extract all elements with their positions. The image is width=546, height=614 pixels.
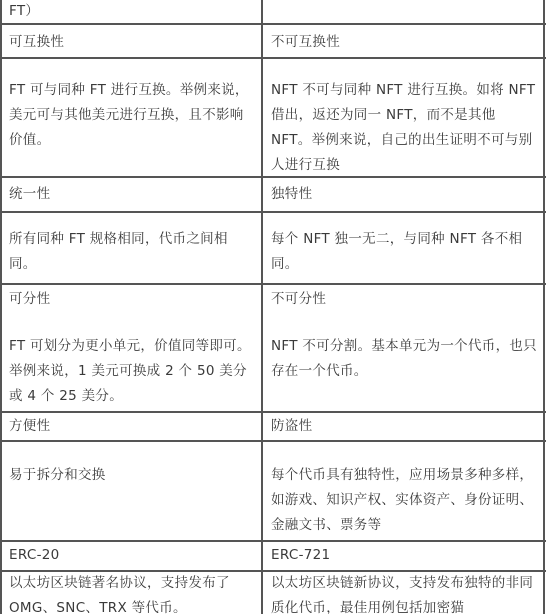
table-cell-header: ERC-721 [265,543,544,568]
table-cell-header: 独特性 [265,182,544,207]
table-cell: NFT 不可分割。基本单元为一个代币，也只存在一个代币。 [265,334,544,384]
table-border-left [0,0,2,614]
table-cell: 每个 NFT 独一无二，与同种 NFT 各不相同。 [265,227,544,277]
table-cell: 以太坊区块链著名协议，支持发布了 OMG、SNC、TRX 等代币。 [3,571,261,614]
table-cell: FT 可划分为更小单元，价值同等即可。举例来说，1 美元可换成 2 个 50 美… [3,334,261,409]
row-divider [0,57,546,59]
table-cell-header: 不可互换性 [265,30,544,55]
table-cell-header: 可互换性 [3,30,261,55]
table-cell: FT） [3,0,261,24]
table-cell-header: 防盗性 [265,414,544,439]
table-cell: 每个代币具有独特性，应用场景多种多样，如游戏、知识产权、实体资产、身份证明、金融… [265,463,544,538]
table-cell: NFT 不可与同种 NFT 进行互换。如将 NFT 借出，返还为同一 NFT，而… [265,78,544,178]
table-cell-header: ERC-20 [3,543,261,568]
table-cell-header: 统一性 [3,182,261,207]
table-cell-header: 方便性 [3,414,261,439]
table-cell: 易于拆分和交换 [3,463,261,488]
row-divider [0,283,546,285]
row-divider [0,540,546,542]
table-cell-header: 可分性 [3,287,261,312]
row-divider [0,211,546,213]
table-border-middle [261,0,263,614]
table-cell: FT 可与同种 FT 进行互换。举例来说，美元可与其他美元进行互换，且不影响价值… [3,78,261,153]
table-cell-header: 不可分性 [265,287,544,312]
row-divider [0,440,546,442]
table-cell: 以太坊区块链新协议，支持发布独特的非同质化代币，最佳用例包括加密猫 [265,571,544,614]
table-cell: 所有同种 FT 规格相同，代币之间相同。 [3,227,261,277]
row-divider [0,411,546,413]
